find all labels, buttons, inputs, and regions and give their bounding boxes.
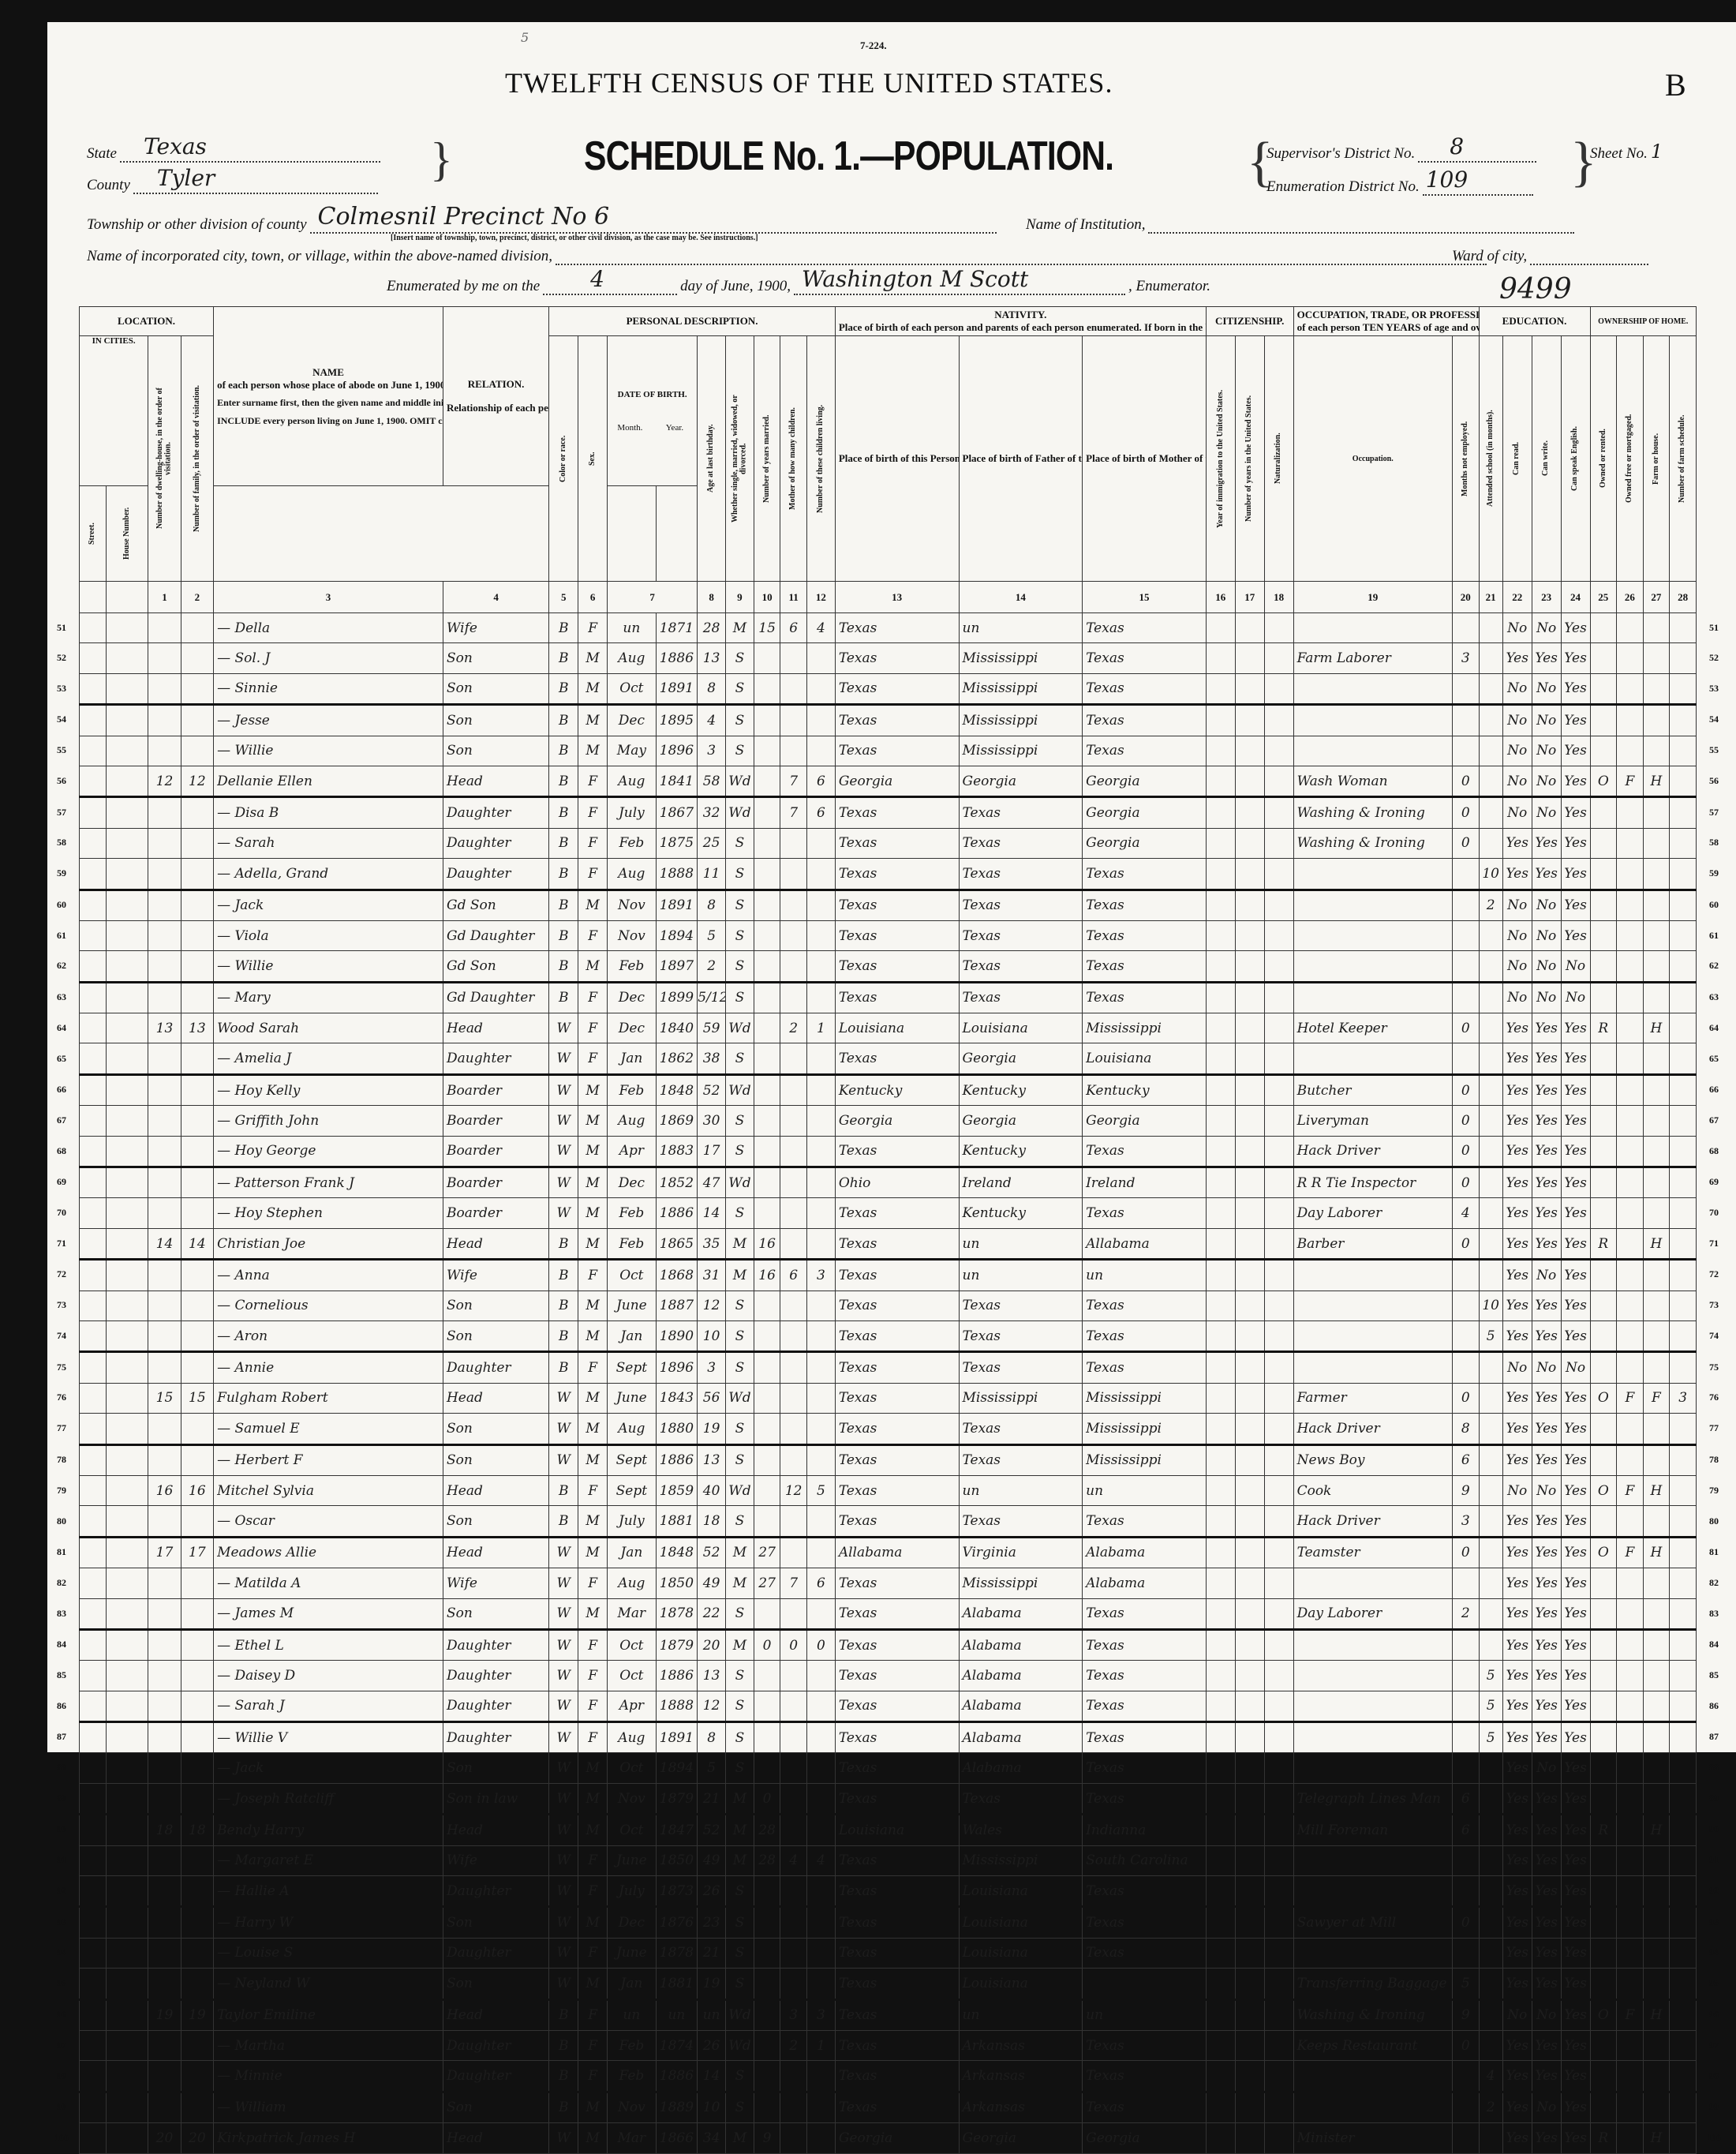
- cell-age[interactable]: 8: [698, 890, 726, 920]
- cell-dwelling[interactable]: [148, 1136, 181, 1167]
- cell-sex[interactable]: M: [578, 1383, 608, 1413]
- cell-can-speak-english[interactable]: Yes: [1561, 736, 1590, 766]
- cell-immigration[interactable]: [1206, 1414, 1235, 1444]
- cell-can-read[interactable]: Yes: [1502, 1260, 1532, 1291]
- cell-attended-school[interactable]: 5: [1479, 1691, 1502, 1721]
- cell-can-read[interactable]: Yes: [1502, 1661, 1532, 1691]
- cell-attended-school[interactable]: [1479, 1568, 1502, 1598]
- cell-birth-year[interactable]: 1896: [656, 736, 698, 766]
- cell-years-in-us[interactable]: [1235, 705, 1264, 736]
- cell-can-speak-english[interactable]: Yes: [1561, 1444, 1590, 1475]
- cell-owned-rented[interactable]: R: [1590, 1013, 1617, 1043]
- cell-color[interactable]: W: [549, 1661, 578, 1691]
- cell-father-birthplace[interactable]: Texas: [959, 920, 1083, 950]
- cell-mother-birthplace[interactable]: Texas: [1083, 1506, 1207, 1537]
- cell-owned-free[interactable]: [1617, 736, 1644, 766]
- cell-naturalization[interactable]: [1264, 613, 1293, 643]
- cell-years-in-us[interactable]: [1235, 859, 1264, 890]
- cell-farm-schedule[interactable]: [1670, 1198, 1697, 1228]
- cell-can-speak-english[interactable]: Yes: [1561, 920, 1590, 950]
- cell-can-read[interactable]: No: [1502, 982, 1532, 1013]
- cell-age[interactable]: 18: [698, 1506, 726, 1537]
- cell-can-speak-english[interactable]: Yes: [1561, 1506, 1590, 1537]
- cell-attended-school[interactable]: [1479, 1043, 1502, 1074]
- cell-years-in-us[interactable]: [1235, 1136, 1264, 1167]
- cell-naturalization[interactable]: [1264, 1722, 1293, 1752]
- cell-dwelling[interactable]: [148, 1444, 181, 1475]
- cell-years-married[interactable]: [754, 1013, 780, 1043]
- cell-relation[interactable]: Boarder: [443, 1136, 548, 1167]
- cell-can-write[interactable]: No: [1532, 1475, 1561, 1505]
- cell-years-married[interactable]: [754, 1661, 780, 1691]
- cell-can-read[interactable]: No: [1502, 890, 1532, 920]
- cell-can-speak-english[interactable]: Yes: [1561, 1167, 1590, 1198]
- cell-age[interactable]: 13: [698, 1661, 726, 1691]
- cell-house[interactable]: [106, 1691, 148, 1721]
- cell-naturalization[interactable]: [1264, 982, 1293, 1013]
- cell-dwelling[interactable]: [148, 1629, 181, 1660]
- cell-marital[interactable]: S: [726, 1691, 754, 1721]
- cell-can-read[interactable]: Yes: [1502, 643, 1532, 673]
- cell-mother-birthplace[interactable]: un: [1083, 1260, 1207, 1291]
- cell-owned-rented[interactable]: [1590, 1444, 1617, 1475]
- cell-name[interactable]: Fulgham Robert: [214, 1383, 443, 1413]
- cell-street[interactable]: [80, 1383, 107, 1413]
- cell-farm-schedule[interactable]: 3: [1670, 1383, 1697, 1413]
- cell-farm-schedule[interactable]: [1670, 951, 1697, 982]
- cell-birth-month[interactable]: Oct: [608, 1629, 657, 1660]
- cell-house[interactable]: [106, 1074, 148, 1105]
- cell-birth-month[interactable]: Aug: [608, 1568, 657, 1598]
- cell-can-write[interactable]: Yes: [1532, 1691, 1561, 1721]
- cell-owned-free[interactable]: F: [1617, 1537, 1644, 1568]
- cell-farm-house[interactable]: [1643, 1722, 1670, 1752]
- cell-dwelling[interactable]: [148, 859, 181, 890]
- cell-can-write[interactable]: No: [1532, 705, 1561, 736]
- cell-months-unemployed[interactable]: 2: [1452, 1598, 1479, 1629]
- cell-occupation[interactable]: [1293, 736, 1452, 766]
- cell-mother-of[interactable]: [780, 1722, 807, 1752]
- cell-naturalization[interactable]: [1264, 766, 1293, 796]
- cell-mother-birthplace[interactable]: Texas: [1083, 705, 1207, 736]
- cell-owned-rented[interactable]: O: [1590, 1475, 1617, 1505]
- cell-sex[interactable]: F: [578, 828, 608, 858]
- cell-birthplace[interactable]: Texas: [835, 1506, 959, 1537]
- cell-family[interactable]: [181, 1260, 213, 1291]
- cell-mother-of[interactable]: [780, 982, 807, 1013]
- cell-birthplace[interactable]: Texas: [835, 1444, 959, 1475]
- cell-children-living[interactable]: [806, 982, 835, 1013]
- cell-occupation[interactable]: Farm Laborer: [1293, 643, 1452, 673]
- cell-can-write[interactable]: No: [1532, 951, 1561, 982]
- cell-dwelling[interactable]: [148, 828, 181, 858]
- cell-birth-month[interactable]: Oct: [608, 1661, 657, 1691]
- cell-farm-schedule[interactable]: [1670, 1106, 1697, 1136]
- cell-marital[interactable]: S: [726, 736, 754, 766]
- cell-sex[interactable]: F: [578, 1691, 608, 1721]
- cell-marital[interactable]: M: [726, 1228, 754, 1259]
- cell-attended-school[interactable]: [1479, 705, 1502, 736]
- cell-months-unemployed[interactable]: [1452, 982, 1479, 1013]
- cell-months-unemployed[interactable]: 3: [1452, 643, 1479, 673]
- cell-can-speak-english[interactable]: Yes: [1561, 1383, 1590, 1413]
- cell-immigration[interactable]: [1206, 951, 1235, 982]
- cell-farm-house[interactable]: [1643, 1198, 1670, 1228]
- cell-mother-of[interactable]: [780, 828, 807, 858]
- cell-mother-birthplace[interactable]: Texas: [1083, 890, 1207, 920]
- cell-immigration[interactable]: [1206, 1722, 1235, 1752]
- cell-house[interactable]: [106, 705, 148, 736]
- cell-naturalization[interactable]: [1264, 643, 1293, 673]
- cell-house[interactable]: [106, 1136, 148, 1167]
- cell-age[interactable]: 52: [698, 1537, 726, 1568]
- cell-can-speak-english[interactable]: Yes: [1561, 766, 1590, 796]
- cell-marital[interactable]: M: [726, 1629, 754, 1660]
- cell-birth-year[interactable]: 1888: [656, 859, 698, 890]
- cell-can-speak-english[interactable]: Yes: [1561, 1013, 1590, 1043]
- cell-can-speak-english[interactable]: Yes: [1561, 890, 1590, 920]
- cell-dwelling[interactable]: [148, 1320, 181, 1351]
- cell-street[interactable]: [80, 1167, 107, 1198]
- cell-marital[interactable]: S: [726, 643, 754, 673]
- cell-mother-birthplace[interactable]: Texas: [1083, 1598, 1207, 1629]
- cell-house[interactable]: [106, 613, 148, 643]
- cell-name[interactable]: — Anna: [214, 1260, 443, 1291]
- state-value[interactable]: Texas: [144, 133, 207, 159]
- cell-mother-of[interactable]: [780, 1352, 807, 1383]
- cell-owned-rented[interactable]: [1590, 1506, 1617, 1537]
- cell-months-unemployed[interactable]: [1452, 1320, 1479, 1351]
- cell-sex[interactable]: M: [578, 1291, 608, 1320]
- cell-mother-birthplace[interactable]: Texas: [1083, 1629, 1207, 1660]
- cell-months-unemployed[interactable]: [1452, 859, 1479, 890]
- cell-age[interactable]: 12: [698, 1291, 726, 1320]
- cell-years-married[interactable]: [754, 890, 780, 920]
- cell-sex[interactable]: M: [578, 1506, 608, 1537]
- cell-birth-year[interactable]: 1840: [656, 1013, 698, 1043]
- cell-naturalization[interactable]: [1264, 1106, 1293, 1136]
- cell-farm-house[interactable]: H: [1643, 1475, 1670, 1505]
- cell-months-unemployed[interactable]: [1452, 1629, 1479, 1660]
- cell-age[interactable]: 52: [698, 1074, 726, 1105]
- cell-house[interactable]: [106, 1722, 148, 1752]
- cell-name[interactable]: — Sol. J: [214, 643, 443, 673]
- cell-can-read[interactable]: Yes: [1502, 1043, 1532, 1074]
- cell-birthplace[interactable]: Texas: [835, 1722, 959, 1752]
- cell-mother-birthplace[interactable]: Texas: [1083, 920, 1207, 950]
- cell-house[interactable]: [106, 828, 148, 858]
- cell-mother-of[interactable]: [780, 1167, 807, 1198]
- cell-can-write[interactable]: Yes: [1532, 1228, 1561, 1259]
- cell-family[interactable]: [181, 1598, 213, 1629]
- cell-immigration[interactable]: [1206, 828, 1235, 858]
- cell-birthplace[interactable]: Texas: [835, 613, 959, 643]
- cell-marital[interactable]: Wd: [726, 1074, 754, 1105]
- cell-years-in-us[interactable]: [1235, 951, 1264, 982]
- cell-years-in-us[interactable]: [1235, 828, 1264, 858]
- cell-sex[interactable]: M: [578, 1074, 608, 1105]
- cell-years-married[interactable]: [754, 1043, 780, 1074]
- cell-birthplace[interactable]: Texas: [835, 828, 959, 858]
- cell-relation[interactable]: Son: [443, 1444, 548, 1475]
- cell-can-write[interactable]: No: [1532, 890, 1561, 920]
- cell-sex[interactable]: M: [578, 1414, 608, 1444]
- cell-months-unemployed[interactable]: 4: [1452, 1198, 1479, 1228]
- cell-street[interactable]: [80, 859, 107, 890]
- cell-relation[interactable]: Boarder: [443, 1167, 548, 1198]
- cell-occupation[interactable]: Hack Driver: [1293, 1414, 1452, 1444]
- cell-father-birthplace[interactable]: Texas: [959, 1506, 1083, 1537]
- cell-can-write[interactable]: Yes: [1532, 1661, 1561, 1691]
- cell-birth-year[interactable]: 1880: [656, 1414, 698, 1444]
- cell-mother-of[interactable]: [780, 920, 807, 950]
- cell-occupation[interactable]: [1293, 920, 1452, 950]
- cell-house[interactable]: [106, 797, 148, 828]
- cell-street[interactable]: [80, 1228, 107, 1259]
- cell-family[interactable]: [181, 1722, 213, 1752]
- cell-naturalization[interactable]: [1264, 920, 1293, 950]
- cell-dwelling[interactable]: 15: [148, 1383, 181, 1413]
- cell-immigration[interactable]: [1206, 1106, 1235, 1136]
- cell-owned-free[interactable]: [1617, 859, 1644, 890]
- cell-color[interactable]: W: [549, 1043, 578, 1074]
- cell-marital[interactable]: M: [726, 1568, 754, 1598]
- cell-mother-of[interactable]: 7: [780, 766, 807, 796]
- cell-street[interactable]: [80, 1074, 107, 1105]
- cell-can-write[interactable]: Yes: [1532, 1722, 1561, 1752]
- cell-children-living[interactable]: 3: [806, 1260, 835, 1291]
- cell-occupation[interactable]: Butcher: [1293, 1074, 1452, 1105]
- cell-farm-schedule[interactable]: [1670, 797, 1697, 828]
- cell-age[interactable]: 13: [698, 643, 726, 673]
- cell-mother-of[interactable]: [780, 1228, 807, 1259]
- cell-can-read[interactable]: No: [1502, 673, 1532, 704]
- cell-street[interactable]: [80, 1568, 107, 1598]
- cell-years-in-us[interactable]: [1235, 1291, 1264, 1320]
- cell-occupation[interactable]: Barber: [1293, 1228, 1452, 1259]
- cell-can-read[interactable]: Yes: [1502, 1198, 1532, 1228]
- cell-color[interactable]: W: [549, 1136, 578, 1167]
- cell-age[interactable]: 58: [698, 766, 726, 796]
- cell-naturalization[interactable]: [1264, 1383, 1293, 1413]
- cell-sex[interactable]: M: [578, 705, 608, 736]
- cell-relation[interactable]: Daughter: [443, 859, 548, 890]
- cell-birthplace[interactable]: Texas: [835, 982, 959, 1013]
- cell-birth-month[interactable]: Aug: [608, 859, 657, 890]
- cell-immigration[interactable]: [1206, 890, 1235, 920]
- cell-relation[interactable]: Son: [443, 1506, 548, 1537]
- cell-mother-of[interactable]: [780, 1598, 807, 1629]
- cell-farm-house[interactable]: [1643, 1320, 1670, 1351]
- cell-street[interactable]: [80, 1506, 107, 1537]
- cell-father-birthplace[interactable]: Kentucky: [959, 1074, 1083, 1105]
- cell-years-married[interactable]: [754, 1136, 780, 1167]
- cell-years-in-us[interactable]: [1235, 1043, 1264, 1074]
- cell-can-speak-english[interactable]: Yes: [1561, 705, 1590, 736]
- cell-birth-month[interactable]: Aug: [608, 1414, 657, 1444]
- cell-family[interactable]: [181, 920, 213, 950]
- cell-children-living[interactable]: [806, 1598, 835, 1629]
- cell-children-living[interactable]: [806, 705, 835, 736]
- cell-marital[interactable]: Wd: [726, 766, 754, 796]
- cell-immigration[interactable]: [1206, 1629, 1235, 1660]
- cell-mother-of[interactable]: [780, 1383, 807, 1413]
- cell-farm-schedule[interactable]: [1670, 859, 1697, 890]
- cell-farm-house[interactable]: [1643, 613, 1670, 643]
- cell-birth-year[interactable]: 1890: [656, 1320, 698, 1351]
- cell-attended-school[interactable]: 5: [1479, 1661, 1502, 1691]
- cell-can-write[interactable]: Yes: [1532, 859, 1561, 890]
- cell-immigration[interactable]: [1206, 1444, 1235, 1475]
- cell-relation[interactable]: Daughter: [443, 828, 548, 858]
- cell-farm-schedule[interactable]: [1670, 1691, 1697, 1721]
- cell-naturalization[interactable]: [1264, 1043, 1293, 1074]
- cell-months-unemployed[interactable]: [1452, 613, 1479, 643]
- cell-birth-month[interactable]: Feb: [608, 1074, 657, 1105]
- cell-years-married[interactable]: [754, 1598, 780, 1629]
- cell-father-birthplace[interactable]: Mississippi: [959, 705, 1083, 736]
- cell-children-living[interactable]: 4: [806, 613, 835, 643]
- cell-name[interactable]: Meadows Allie: [214, 1537, 443, 1568]
- cell-mother-of[interactable]: [780, 1661, 807, 1691]
- cell-house[interactable]: [106, 1475, 148, 1505]
- cell-owned-free[interactable]: [1617, 1629, 1644, 1660]
- cell-name[interactable]: — Willie: [214, 736, 443, 766]
- cell-color[interactable]: W: [549, 1198, 578, 1228]
- cell-birth-year[interactable]: 1897: [656, 951, 698, 982]
- cell-farm-house[interactable]: [1643, 1568, 1670, 1598]
- cell-color[interactable]: B: [549, 705, 578, 736]
- cell-birth-month[interactable]: Dec: [608, 705, 657, 736]
- cell-house[interactable]: [106, 1598, 148, 1629]
- cell-mother-of[interactable]: 12: [780, 1475, 807, 1505]
- cell-color[interactable]: B: [549, 982, 578, 1013]
- cell-years-in-us[interactable]: [1235, 1722, 1264, 1752]
- cell-color[interactable]: W: [549, 1629, 578, 1660]
- cell-can-write[interactable]: Yes: [1532, 1013, 1561, 1043]
- cell-sex[interactable]: M: [578, 951, 608, 982]
- cell-father-birthplace[interactable]: un: [959, 1260, 1083, 1291]
- cell-sex[interactable]: F: [578, 1352, 608, 1383]
- cell-age[interactable]: 17: [698, 1136, 726, 1167]
- cell-house[interactable]: [106, 736, 148, 766]
- cell-naturalization[interactable]: [1264, 1228, 1293, 1259]
- cell-can-speak-english[interactable]: Yes: [1561, 1537, 1590, 1568]
- cell-house[interactable]: [106, 1629, 148, 1660]
- cell-color[interactable]: W: [549, 1568, 578, 1598]
- cell-children-living[interactable]: [806, 1414, 835, 1444]
- cell-birth-year[interactable]: 1886: [656, 1198, 698, 1228]
- cell-father-birthplace[interactable]: Alabama: [959, 1691, 1083, 1721]
- cell-attended-school[interactable]: [1479, 1136, 1502, 1167]
- cell-can-read[interactable]: Yes: [1502, 1291, 1532, 1320]
- cell-family[interactable]: 16: [181, 1475, 213, 1505]
- cell-occupation[interactable]: Hack Driver: [1293, 1506, 1452, 1537]
- cell-farm-house[interactable]: [1643, 705, 1670, 736]
- cell-family[interactable]: [181, 1414, 213, 1444]
- cell-birth-month[interactable]: Dec: [608, 1013, 657, 1043]
- cell-mother-birthplace[interactable]: Alabama: [1083, 1537, 1207, 1568]
- cell-age[interactable]: 2: [698, 951, 726, 982]
- cell-owned-free[interactable]: [1617, 1691, 1644, 1721]
- cell-birth-year[interactable]: 1841: [656, 766, 698, 796]
- cell-attended-school[interactable]: 10: [1479, 859, 1502, 890]
- cell-relation[interactable]: Son: [443, 1320, 548, 1351]
- cell-color[interactable]: B: [549, 1320, 578, 1351]
- cell-months-unemployed[interactable]: 0: [1452, 1537, 1479, 1568]
- cell-farm-house[interactable]: [1643, 1691, 1670, 1721]
- cell-birth-year[interactable]: 1899: [656, 982, 698, 1013]
- cell-can-speak-english[interactable]: Yes: [1561, 1074, 1590, 1105]
- cell-farm-schedule[interactable]: [1670, 736, 1697, 766]
- cell-years-in-us[interactable]: [1235, 1598, 1264, 1629]
- cell-family[interactable]: [181, 1568, 213, 1598]
- cell-can-write[interactable]: No: [1532, 613, 1561, 643]
- cell-naturalization[interactable]: [1264, 1537, 1293, 1568]
- cell-months-unemployed[interactable]: [1452, 736, 1479, 766]
- cell-age[interactable]: 19: [698, 1414, 726, 1444]
- cell-name[interactable]: — Adella, Grand: [214, 859, 443, 890]
- cell-relation[interactable]: Wife: [443, 1260, 548, 1291]
- cell-can-write[interactable]: Yes: [1532, 1074, 1561, 1105]
- cell-months-unemployed[interactable]: [1452, 920, 1479, 950]
- cell-birthplace[interactable]: Texas: [835, 1291, 959, 1320]
- cell-mother-birthplace[interactable]: Georgia: [1083, 828, 1207, 858]
- cell-children-living[interactable]: [806, 1228, 835, 1259]
- cell-family[interactable]: [181, 1444, 213, 1475]
- cell-attended-school[interactable]: [1479, 1383, 1502, 1413]
- cell-naturalization[interactable]: [1264, 1198, 1293, 1228]
- cell-years-married[interactable]: [754, 1198, 780, 1228]
- cell-can-read[interactable]: Yes: [1502, 1167, 1532, 1198]
- cell-relation[interactable]: Wife: [443, 1568, 548, 1598]
- cell-owned-rented[interactable]: [1590, 797, 1617, 828]
- cell-owned-rented[interactable]: [1590, 613, 1617, 643]
- cell-attended-school[interactable]: [1479, 1475, 1502, 1505]
- cell-age[interactable]: 28: [698, 613, 726, 643]
- cell-years-married[interactable]: [754, 920, 780, 950]
- cell-can-speak-english[interactable]: Yes: [1561, 1722, 1590, 1752]
- cell-can-speak-english[interactable]: Yes: [1561, 1106, 1590, 1136]
- cell-family[interactable]: [181, 1629, 213, 1660]
- cell-owned-rented[interactable]: [1590, 1167, 1617, 1198]
- enum-district-value[interactable]: 109: [1426, 167, 1468, 193]
- cell-owned-rented[interactable]: [1590, 1629, 1617, 1660]
- cell-birthplace[interactable]: Texas: [835, 890, 959, 920]
- cell-farm-house[interactable]: [1643, 1506, 1670, 1537]
- cell-color[interactable]: W: [549, 1167, 578, 1198]
- cell-years-in-us[interactable]: [1235, 736, 1264, 766]
- cell-naturalization[interactable]: [1264, 828, 1293, 858]
- cell-can-read[interactable]: No: [1502, 705, 1532, 736]
- cell-years-in-us[interactable]: [1235, 1383, 1264, 1413]
- cell-children-living[interactable]: 1: [806, 1013, 835, 1043]
- cell-relation[interactable]: Daughter: [443, 1691, 548, 1721]
- cell-mother-birthplace[interactable]: Georgia: [1083, 1106, 1207, 1136]
- cell-birth-month[interactable]: Oct: [608, 1260, 657, 1291]
- sheet-value[interactable]: 1: [1651, 140, 1663, 163]
- cell-years-married[interactable]: [754, 1475, 780, 1505]
- cell-attended-school[interactable]: [1479, 920, 1502, 950]
- cell-sex[interactable]: M: [578, 673, 608, 704]
- cell-color[interactable]: W: [549, 1074, 578, 1105]
- cell-farm-schedule[interactable]: [1670, 1013, 1697, 1043]
- cell-can-speak-english[interactable]: Yes: [1561, 1136, 1590, 1167]
- cell-mother-birthplace[interactable]: Kentucky: [1083, 1074, 1207, 1105]
- cell-street[interactable]: [80, 890, 107, 920]
- cell-owned-free[interactable]: [1617, 920, 1644, 950]
- cell-street[interactable]: [80, 1475, 107, 1505]
